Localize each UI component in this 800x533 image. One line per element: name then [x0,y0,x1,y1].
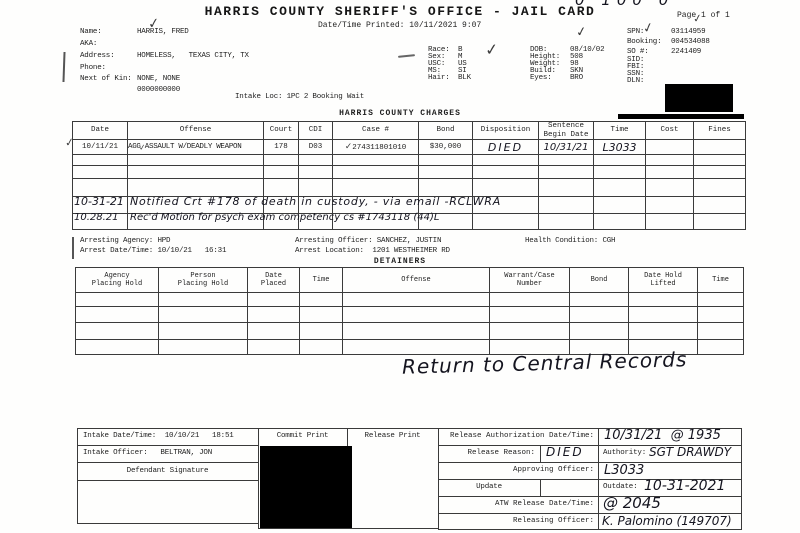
arrest-datetime-label: Arrest Date/Time: [80,247,153,255]
detainers-section-title: DETAINERS [0,257,800,266]
page-number: Page 1 of 1 [677,11,730,20]
charge-cost [646,140,694,155]
printed-datetime: Date/Time Printed: 10/11/2021 9:07 [318,21,481,30]
redaction-box-commit-print [260,446,352,528]
field-arrest-location: Arrest Location: 1201 WESTHEIMER RD [295,247,450,255]
hair-value: BLK [458,74,471,82]
field-spn: SPN:03114959 [627,28,705,36]
charges-data-row: 10/11/21 AGG ASSAULT W/DEADLY WEAPON 178… [73,140,746,155]
phone-label: Phone: [80,64,137,72]
table-line [540,445,541,462]
authority-label: Authority: [603,449,646,457]
field-health-condition: Health Condition: CGH [525,237,615,245]
arresting-officer-value: SANCHEZ, JUSTIN [377,237,442,245]
note-1-date: 10-31-21 [74,195,130,208]
charge-court: 178 [264,140,299,155]
field-intake-officer: Intake Officer: BELTRAN, JON [83,449,212,457]
col-agency-placing-hold: Agency Placing Hold [76,268,159,293]
col-court: Court [264,122,299,140]
field-arresting-officer: Arresting Officer: SANCHEZ, JUSTIN [295,237,441,245]
col-cdi: CDI [299,122,333,140]
pen-stroke-margin [62,52,65,82]
atw-release-value-handwritten: @ 2045 [603,494,661,512]
defendant-signature-label: Defendant Signature [77,467,258,475]
pen-checkmark-icon: ✓ [692,11,703,25]
handwritten-note-2: 10.28.21Rec'd Motion for psych exam comp… [74,212,439,223]
pen-checkmark-icon: ✓ [138,143,146,153]
intake-datetime-value: 10/10/21 18:51 [165,432,234,440]
address-label: Address: [80,52,137,60]
handwritten-note-1: 10-31-21Notified Crt #178 of death in cu… [74,195,501,208]
field-phone: Phone: [80,64,137,72]
col-date-placed: Date Placed [248,268,300,293]
redaction-box-ssn-dln [665,84,733,112]
table-line [77,428,78,523]
col-time-2: Time [698,268,744,293]
charge-disposition-handwritten: DIED [473,140,539,155]
address-value: HOMELESS, TEXAS CITY, TX [137,52,249,60]
charge-date: 10/11/21 [73,140,128,155]
arresting-officer-label: Arresting Officer: [295,237,372,245]
table-line [258,428,259,528]
col-bond: Bond [570,268,629,293]
intake-loc-value: 1PC 2 Booking Wait [287,93,364,101]
booking-value: 004534088 [671,38,710,46]
col-warrant-case-number: Warrant/Case Number [490,268,570,293]
field-so-number: SO #:2241409 [627,48,701,56]
detainers-empty-row [76,293,744,307]
update-label: Update [438,483,540,491]
charge-sentence-begin-handwritten: 10/31/21 [539,140,594,155]
field-arrest-datetime: Arrest Date/Time: 10/10/21 16:31 [80,247,226,255]
spn-value: 03114959 [671,28,705,36]
col-sentence-begin: Sentence Begin Date [539,122,594,140]
name-label: Name: [80,28,137,36]
col-disposition: Disposition [473,122,539,140]
detainers-empty-row [76,307,744,323]
booking-label: Booking: [627,38,671,46]
release-reason-label: Release Reason: [442,449,535,457]
field-booking: Booking:004534088 [627,38,710,46]
pen-checkmark-icon: ✓ [575,24,588,41]
arresting-agency-value: HPD [157,237,170,245]
col-offense: Offense [128,122,264,140]
release-print-label: Release Print [347,432,438,440]
field-kin-phone: 0000000000 [80,86,180,94]
table-line [438,462,742,463]
printed-datetime-value: 10/11/2021 9:07 [409,21,481,30]
note-2-text: Rec'd Motion for psych exam competency c… [130,212,439,223]
field-aka: AKA: [80,40,137,48]
redaction-bar [618,114,744,119]
kin-phone-value: 0000000000 [137,86,180,94]
atw-release-label: ATW Release Date/Time: [442,500,594,508]
arrest-location-value: 1201 WESTHEIMER RD [372,247,449,255]
col-date: Date [73,122,128,140]
so-number-label: SO #: [627,48,671,56]
pen-checkmark-icon: ✓ [484,39,499,59]
col-time: Time [300,268,343,293]
pen-checkmark-icon: ✓ [641,20,655,37]
arrest-location-label: Arrest Location: [295,247,364,255]
table-line [77,523,258,524]
health-condition-value: CGH [602,237,615,245]
aka-label: AKA: [80,40,137,48]
jail-card-document: 0 100 0 HARRIS COUNTY SHERIFF'S OFFICE -… [0,0,800,533]
charges-empty-row [73,155,746,166]
table-line [258,528,438,529]
release-auth-label: Release Authorization Date/Time: [442,432,594,440]
release-auth-value-handwritten: 10/31/21 @ 1935 [604,428,721,443]
hair-label: Hair: [428,74,458,82]
field-hair: Hair:BLK [428,74,471,82]
charge-offense: AGG ASSAULT W/DEADLY WEAPON [128,140,264,155]
table-line [77,445,258,446]
field-address: Address:HOMELESS, TEXAS CITY, TX [80,52,249,60]
detainers-table: Agency Placing Hold Person Placing Hold … [75,267,744,355]
charge-time-handwritten: L3033 [594,140,646,155]
table-line [77,462,258,463]
approving-officer-label: Approving Officer: [442,466,594,474]
release-reason-value-handwritten: DIED [546,445,584,459]
pen-checkmark-icon: ✓ [147,15,161,32]
col-time: Time [594,122,646,140]
pen-checkmark-icon: ✓ [64,135,75,149]
col-bond: Bond [419,122,473,140]
col-date-hold-lifted: Date Hold Lifted [629,268,698,293]
intake-officer-label: Intake Officer: [83,449,148,457]
field-intake-loc: Intake Loc: 1PC 2 Booking Wait [235,93,364,101]
pen-stroke-dash [398,54,415,58]
table-line [77,480,258,481]
field-eyes: Eyes:BRO [530,74,583,82]
table-line [540,479,541,496]
arrest-datetime-value: 10/10/21 16:31 [157,247,226,255]
health-condition-label: Health Condition: [525,237,598,245]
next-of-kin-value: NONE, NONE [137,75,180,83]
outdate-label: Outdate: [603,483,637,491]
note-2-date: 10.28.21 [74,212,130,223]
charge-case: ✓274311801010 [333,140,419,155]
arresting-agency-label: Arresting Agency: [80,237,153,245]
authority-value-handwritten: SGT DRAWDY [649,445,731,459]
eyes-value: BRO [570,74,583,82]
field-intake-datetime: Intake Date/Time: 10/10/21 18:51 [83,432,234,440]
approving-officer-value-handwritten: L3033 [604,463,644,478]
detainers-empty-row [76,323,744,340]
detainers-header-row: Agency Placing Hold Person Placing Hold … [76,268,744,293]
printed-datetime-label: Date/Time Printed: [318,21,404,30]
col-offense: Offense [343,268,490,293]
charge-case-value: 274311801010 [352,144,406,152]
charge-cdi: D03 [299,140,333,155]
name-value: HARRIS, FRED [137,28,189,36]
intake-datetime-label: Intake Date/Time: [83,432,156,440]
field-name: Name:HARRIS, FRED [80,28,189,36]
col-person-placing-hold: Person Placing Hold [159,268,248,293]
col-cost: Cost [646,122,694,140]
charge-fines [694,140,746,155]
outdate-value-handwritten: 10-31-2021 [644,478,725,494]
charges-header-row: Date Offense Court CDI Case # Bond Dispo… [73,122,746,140]
so-number-value: 2241409 [671,48,701,56]
charges-empty-row [73,166,746,179]
field-next-of-kin: Next of Kin:NONE, NONE [80,75,180,83]
releasing-officer-value-handwritten: K. Palomino (149707) [602,514,732,528]
pen-stroke-margin [72,237,74,259]
intake-loc-label: Intake Loc: [235,93,282,101]
note-1-text: Notified Crt #178 of death in custody, -… [130,195,501,208]
field-arresting-agency: Arresting Agency: HPD [80,237,170,245]
intake-release-table: Intake Date/Time: 10/10/21 18:51 Commit … [77,428,742,530]
col-case: Case # [333,122,419,140]
col-fines: Fines [694,122,746,140]
eyes-label: Eyes: [530,74,570,82]
charge-bond: $30,000 [419,140,473,155]
next-of-kin-label: Next of Kin: [80,75,137,83]
commit-print-label: Commit Print [258,432,347,440]
releasing-officer-label: Releasing Officer: [442,517,594,525]
intake-officer-value: BELTRAN, JON [160,449,212,457]
table-line [438,529,742,530]
table-line [438,496,742,497]
